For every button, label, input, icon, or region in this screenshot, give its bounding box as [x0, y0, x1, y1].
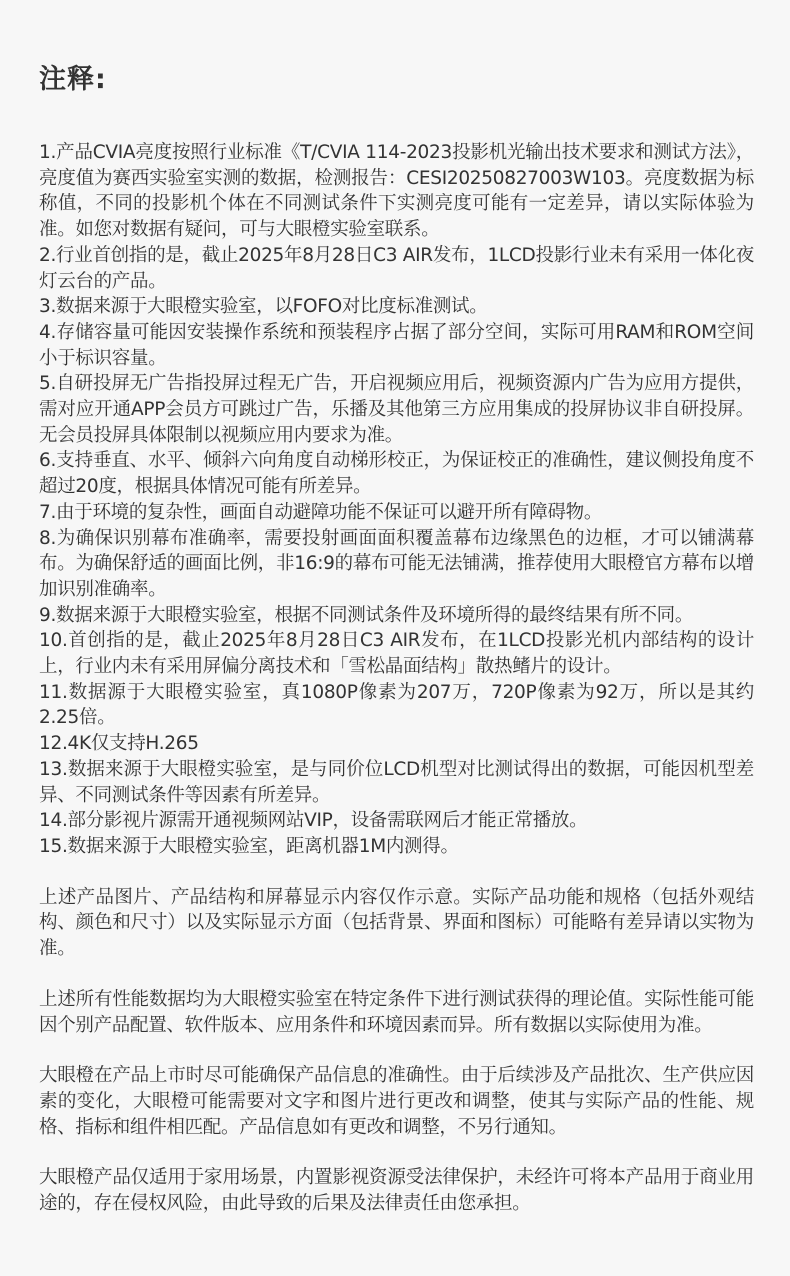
note-item-1: 1.产品CVIA亮度按照行业标准《T/CVIA 114-2023投影机光输出技术… [39, 140, 754, 243]
note-item-14: 14.部分影视片源需开通视频网站VIP，设备需联网后才能正常播放。 [39, 808, 754, 834]
note-item-9: 9.数据来源于大眼橙实验室，根据不同测试条件及环境所得的最终结果有所不同。 [39, 603, 754, 629]
note-item-7: 7.由于环境的复杂性，画面自动避障功能不保证可以避开所有障碍物。 [39, 500, 754, 526]
note-item-10: 10.首创指的是，截止2025年8月28日C3 AIR发布，在1LCD投影光机内… [39, 628, 754, 679]
note-item-12: 12.4K仅支持H.265 [39, 731, 754, 757]
note-item-3: 3.数据来源于大眼橙实验室，以FOFO对比度标准测试。 [39, 294, 754, 320]
note-item-15: 15.数据来源于大眼橙实验室，距离机器1M内测得。 [39, 834, 754, 860]
disclaimer-accuracy-paragraph: 大眼橙在产品上市时尽可能确保产品信息的准确性。由于后续涉及产品批次、生产供应因素… [39, 1063, 754, 1140]
note-item-8: 8.为确保识别幕布准确率，需要投射画面面积覆盖幕布边缘黑色的边框，才可以铺满幕布… [39, 526, 754, 603]
notes-list: 1.产品CVIA亮度按照行业标准《T/CVIA 114-2023投影机光输出技术… [39, 140, 754, 860]
disclaimer-images-paragraph: 上述产品图片、产品结构和屏幕显示内容仅作示意。实际产品功能和规格（包括外观结构、… [39, 885, 754, 962]
note-item-4: 4.存储容量可能因安装操作系统和预装程序占据了部分空间，实际可用RAM和ROM空… [39, 320, 754, 371]
disclaimer-performance-paragraph: 上述所有性能数据均为大眼橙实验室在特定条件下进行测试获得的理论值。实际性能可能因… [39, 987, 754, 1038]
disclaimer-usage-paragraph: 大眼橙产品仅适用于家用场景，内置影视资源受法律保护，未经许可将本产品用于商业用途… [39, 1165, 754, 1216]
note-item-13: 13.数据来源于大眼橙实验室，是与同价位LCD机型对比测试得出的数据，可能因机型… [39, 757, 754, 808]
note-item-5: 5.自研投屏无广告指投屏过程无广告，开启视频应用后，视频资源内广告为应用方提供，… [39, 371, 754, 448]
note-item-11: 11.数据源于大眼橙实验室，真1080P像素为207万，720P像素为92万，所… [39, 680, 754, 731]
notes-title: 注释: [39, 60, 754, 100]
note-item-6: 6.支持垂直、水平、倾斜六向角度自动梯形校正，为保证校正的准确性，建议侧投角度不… [39, 448, 754, 499]
disclaimer-page: 注释: 1.产品CVIA亮度按照行业标准《T/CVIA 114-2023投影机光… [0, 0, 790, 1217]
note-item-2: 2.行业首创指的是，截止2025年8月28日C3 AIR发布，1LCD投影行业未… [39, 243, 754, 294]
